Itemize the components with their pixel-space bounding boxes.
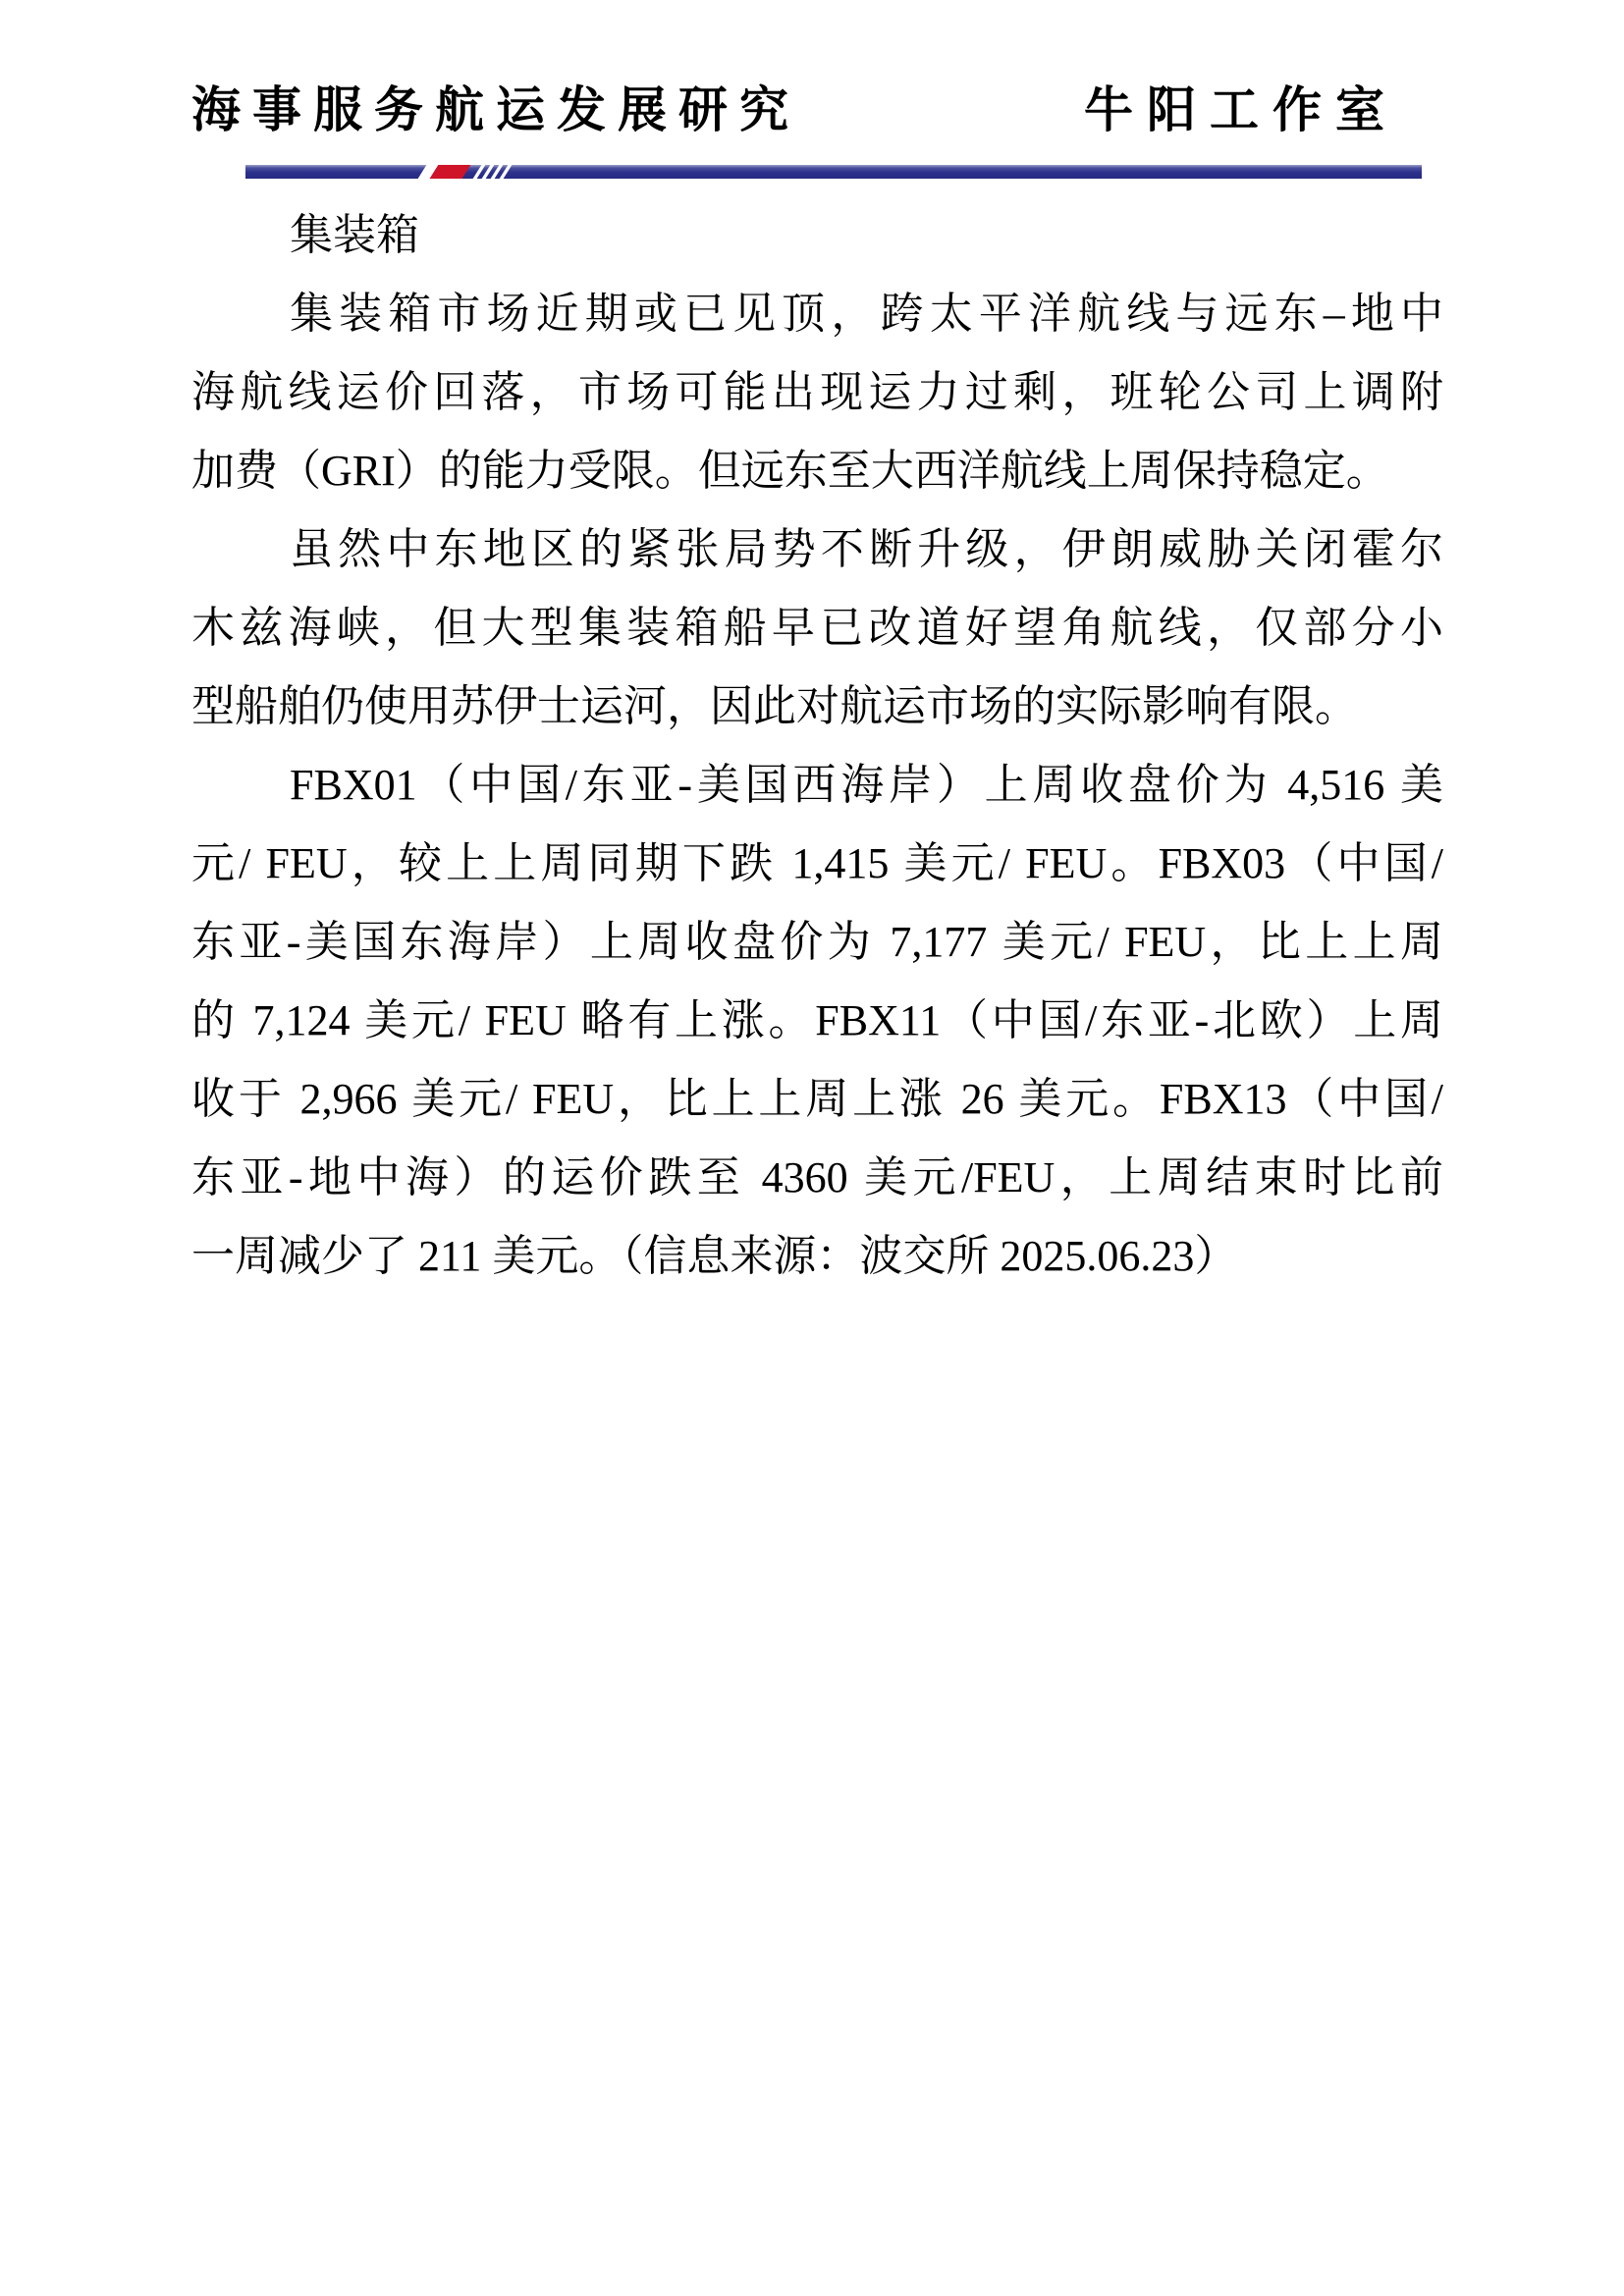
text-line: FBX01（中国/东亚-美国西海岸）上周收盘价为 4,516 美 [191,746,1443,825]
section-heading: 集装箱 [191,196,1443,275]
document-body: 集装箱 集装箱市场近期或已见顶，跨太平洋航线与远东–地中 海航线运价回落，市场可… [191,196,1443,1296]
text-line: 集装箱市场近期或已见顶，跨太平洋航线与远东–地中 [191,275,1443,353]
text-line: 东亚-美国东海岸）上周收盘价为 7,177 美元/ FEU，比上上周 [191,903,1443,982]
text-line: 虽然中东地区的紧张局势不断升级，伊朗威胁关闭霍尔 [191,510,1443,589]
text-line: 元/ FEU，较上上周同期下跌 1,415 美元/ FEU。FBX03（中国/ [191,825,1443,903]
text-line: 海航线运价回落，市场可能出现运力过剩，班轮公司上调附 [191,353,1443,432]
text-line: 东亚-地中海）的运价跌至 4360 美元/FEU，上周结束时比前 [191,1139,1443,1217]
header-divider-bar [245,165,1422,179]
page-header: 海事服务航运发展研究 牛阳工作室 [191,71,1443,141]
text-line: 加费（GRI）的能力受限。但远东至大西洋航线上周保持稳定。 [191,432,1443,510]
header-left-title: 海事服务航运发展研究 [191,71,800,141]
document-page: 海事服务航运发展研究 牛阳工作室 集装箱 集装箱市场近期或已见顶，跨太平洋航线与… [0,0,1624,2296]
text-line: 木兹海峡，但大型集装箱船早已改道好望角航线，仅部分小 [191,589,1443,667]
text-line: 型船舶仍使用苏伊士运河，因此对航运市场的实际影响有限。 [191,667,1443,746]
header-right-title: 牛阳工作室 [1084,71,1398,141]
text-line: 一周减少了 211 美元。（信息来源：波交所 2025.06.23） [191,1217,1443,1296]
text-line: 收于 2,966 美元/ FEU，比上上周上涨 26 美元。FBX13（中国/ [191,1060,1443,1139]
text-line: 的 7,124 美元/ FEU 略有上涨。FBX11（中国/东亚-北欧）上周 [191,982,1443,1060]
